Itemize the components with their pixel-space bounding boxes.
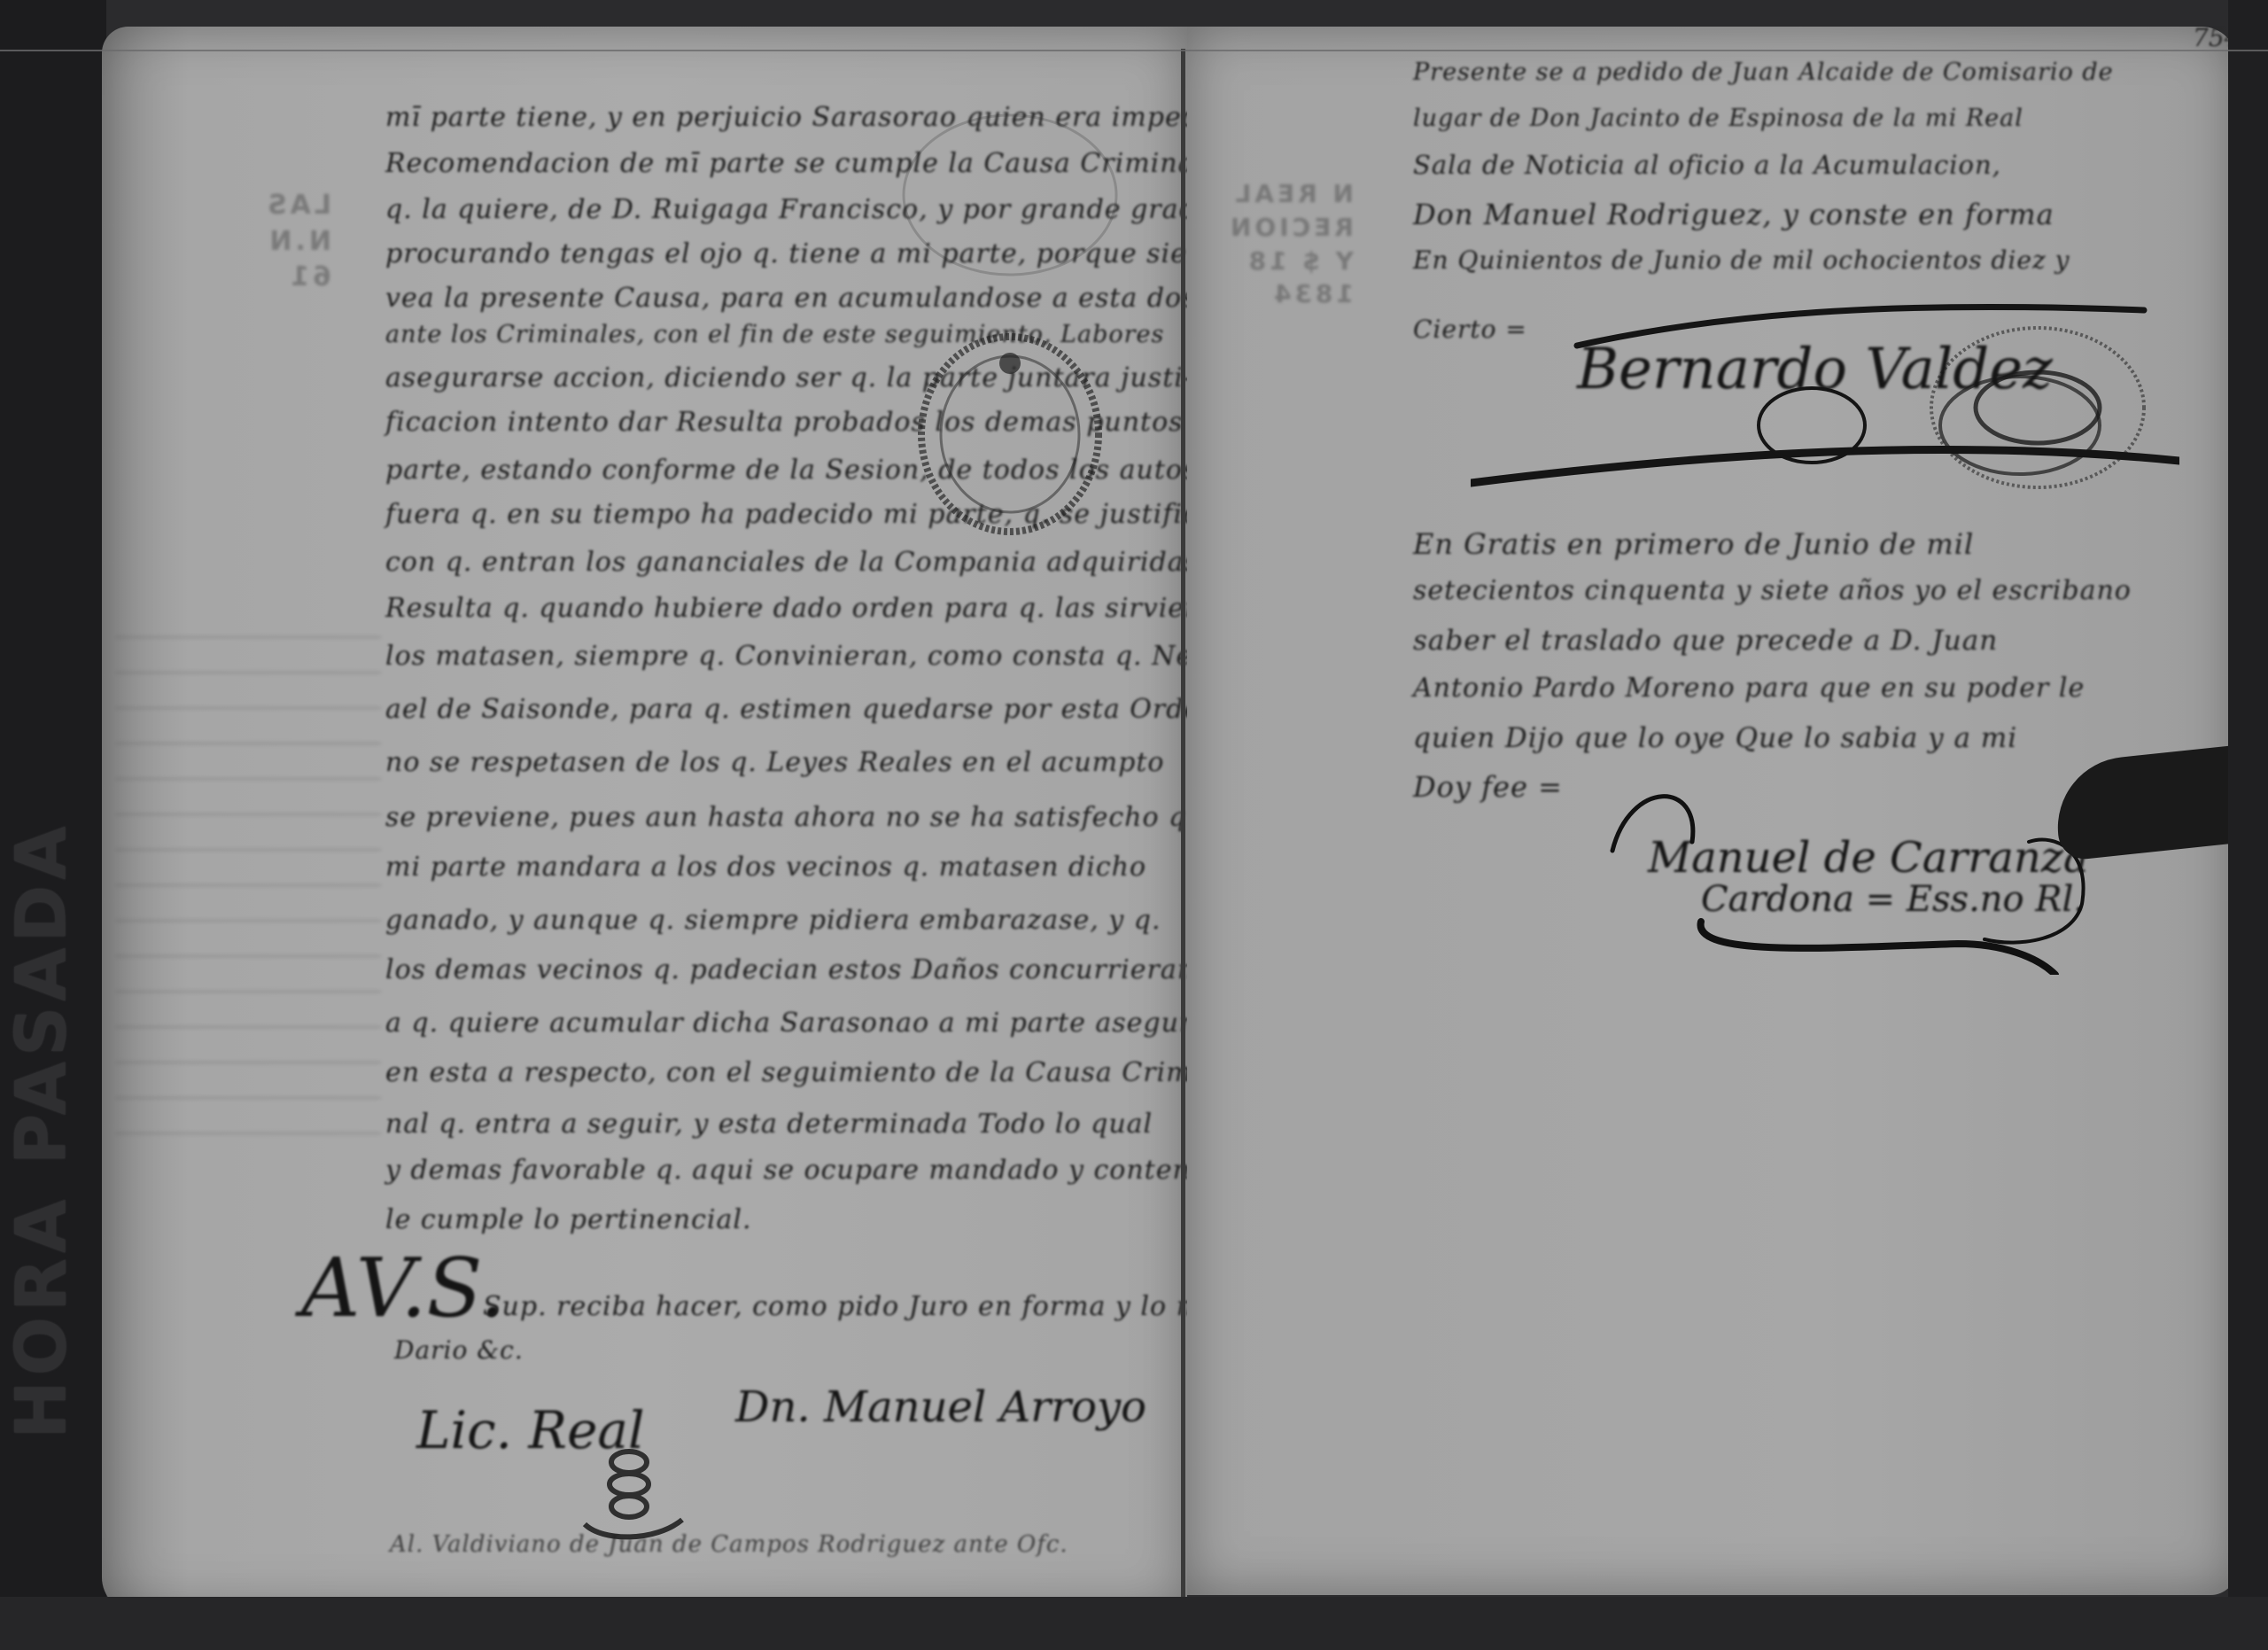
microfilm-side-label: HORA PASADA (16, 864, 69, 1396)
text-line: mi parte mandara a los dos vecinos q. ma… (385, 854, 1146, 881)
text-line: lugar de Don Jacinto de Espinosa de la m… (1413, 106, 2023, 130)
text-line: ganado, y aunque q. siempre pidiera emba… (385, 907, 1161, 934)
rubric-stroke-right (1471, 292, 2179, 523)
text-line: Antonio Pardo Moreno para que en su pode… (1413, 675, 2085, 702)
notary-rubric (1559, 762, 2144, 975)
text-line: no se respetasen de los q. Leyes Reales … (385, 750, 1164, 776)
text-line: Recomendacion de mī parte se cumple la C… (385, 151, 1204, 177)
footer-text-line: Al. Valdiviano de Juan de Campos Rodrigu… (390, 1533, 1068, 1556)
text-line: con q. entran los gananciales de la Comp… (385, 549, 1243, 576)
text-line: Sala de Noticia al oficio a la Acumulaci… (1413, 152, 2001, 178)
text-line: los matasen, siempre q. Convinieran, com… (385, 643, 1295, 670)
text-line: vea la presente Causa, para en acumuland… (385, 285, 1196, 312)
text-line: q. la quiere, de D. Ruigaga Francisco, y… (385, 197, 1221, 223)
text-line: los demas vecinos q. padecian estos Daño… (385, 957, 1195, 984)
text-line: procurando tengas el ojo q. tiene a mi p… (385, 241, 1262, 268)
text-line: mī parte tiene, y en perjuicio Sarasorao… (385, 105, 1298, 131)
text-line: ante los Criminales, con el fin de este … (385, 323, 1164, 346)
text-line: le cumple lo pertinencial. (385, 1207, 752, 1234)
signature-text-line: Dario &c. (394, 1338, 524, 1363)
left-ghost-stamp: LAS N.N 61 (264, 188, 331, 296)
text-line: a q. quiere acumular dicha Sarasonao a m… (385, 1010, 1254, 1037)
page-gutter-line (1181, 49, 1185, 1617)
signature-manuel-arroyo: Dn. Manuel Arroyo (735, 1382, 1146, 1432)
film-frame-bottom-edge (0, 1597, 2268, 1650)
text-line: saber el traslado que precede a D. Juan (1413, 627, 1998, 655)
text-line: Don Manuel Rodriguez, y conste en forma (1413, 200, 2054, 229)
text-line: En Gratis en primero de Junio de mil (1413, 530, 1974, 558)
film-frame-right-edge (2228, 0, 2268, 1650)
signature-prefix: AV.S. (301, 1241, 505, 1335)
text-line: se previene, pues aun hasta ahora no se … (385, 805, 1196, 831)
text-line: quien Dijo que lo oye Que lo sabia y a m… (1413, 725, 2017, 752)
text-line: fuera q. en su tiempo ha padecido mi par… (385, 502, 1216, 528)
text-line: ficacion intento dar Resulta probados lo… (385, 409, 1272, 436)
text-line: nal q. entra a seguir, y esta determinad… (385, 1111, 1153, 1138)
text-line: y demas favorable q. aqui se ocupare man… (385, 1157, 1235, 1184)
text-line: Resulta q. quando hubiere dado orden par… (385, 595, 1246, 622)
bleed-through-text (115, 603, 381, 1223)
text-line: asegurarse accion, diciendo ser q. la pa… (385, 365, 1193, 392)
text-line: Presente se a pedido de Juan Alcaide de … (1413, 60, 2114, 84)
text-line: Doy fee = (1413, 773, 1563, 801)
text-line: en esta a respecto, con el seguimiento d… (385, 1060, 1211, 1086)
text-line: ael de Saisonde, para q. estimen quedars… (385, 697, 1218, 723)
right-ghost-stamp: N REAL RECION Y $ 18 1834 (1227, 177, 1354, 311)
text-line: setecientos cinquenta y siete años yo el… (1413, 578, 2132, 604)
scanner-artifact-line (0, 50, 2268, 51)
text-line: En Quinientos de Junio de mil ochociento… (1413, 248, 2070, 273)
